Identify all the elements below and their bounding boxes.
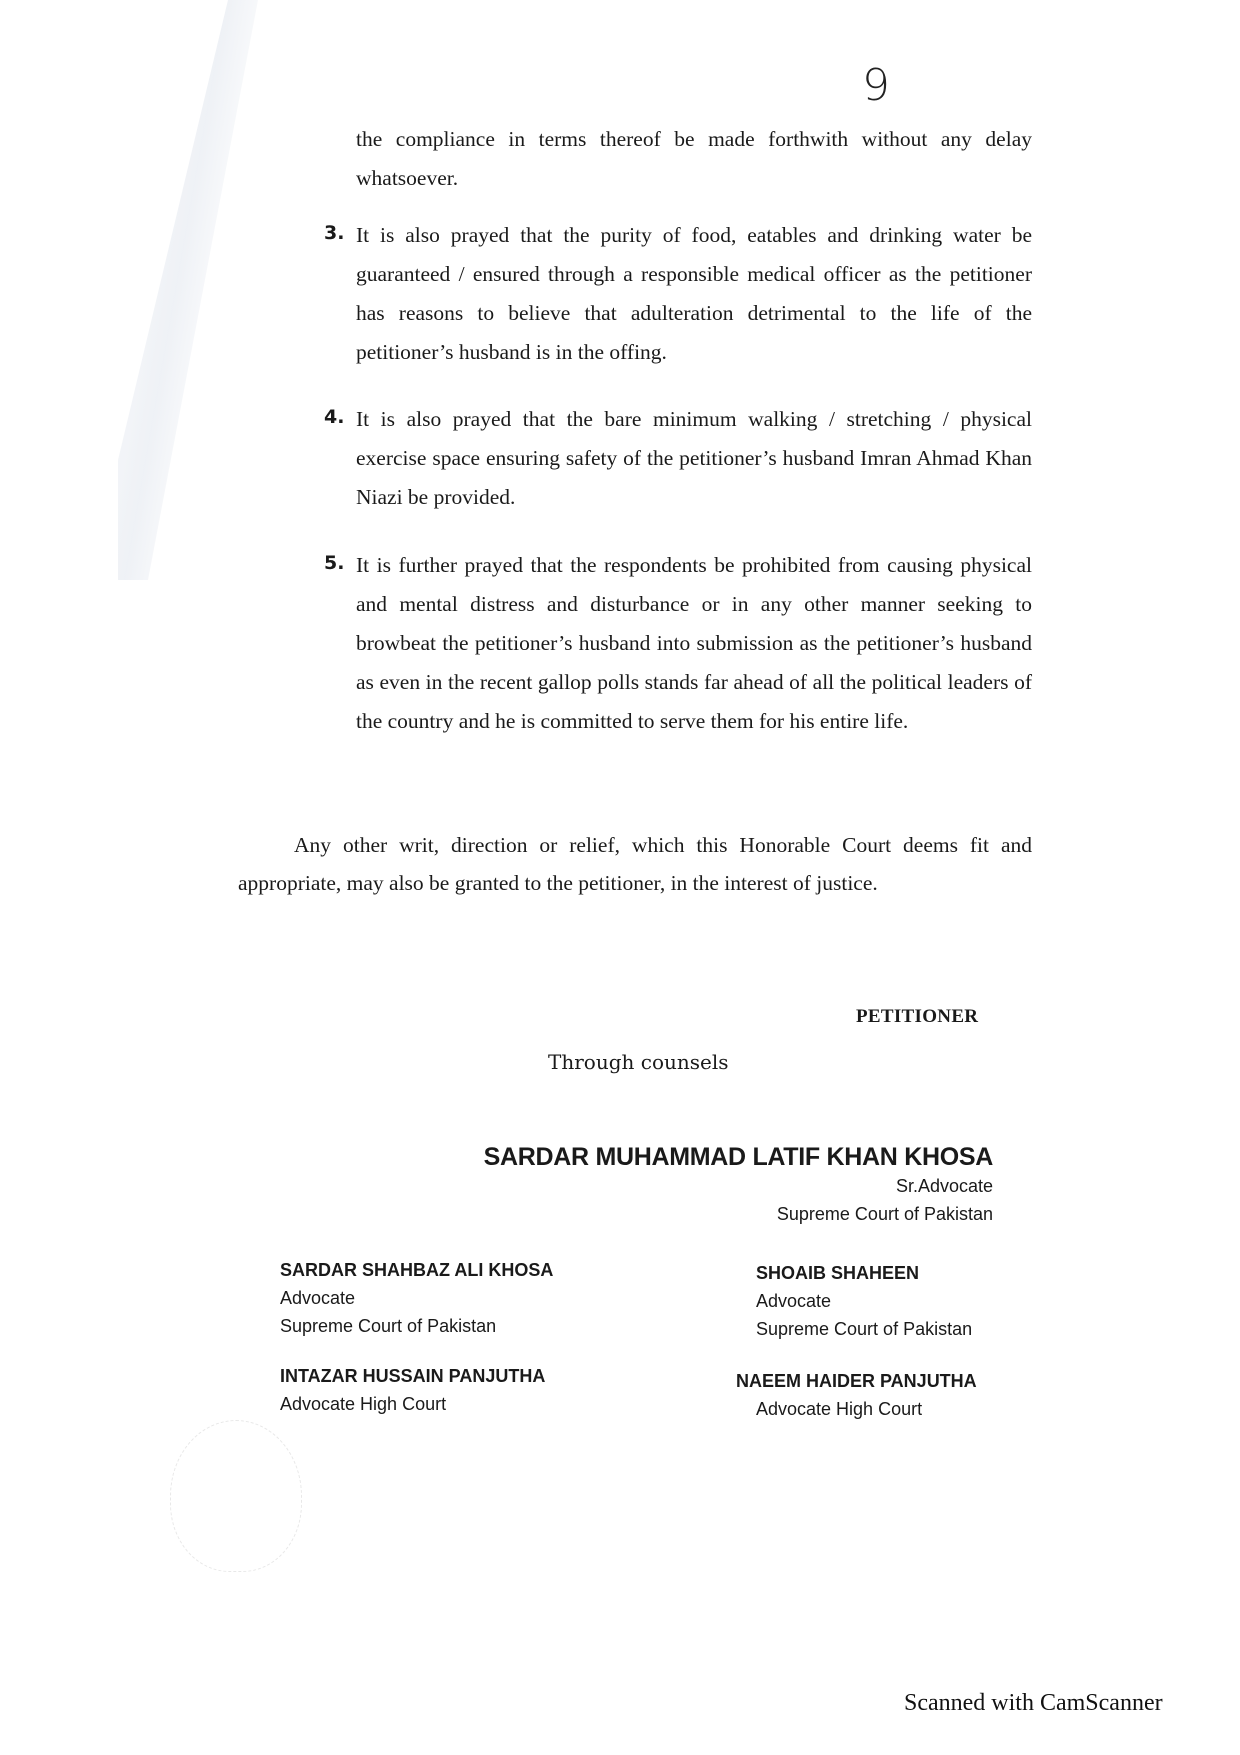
- closing-paragraph: Any other writ, direction or relief, whi…: [238, 826, 1032, 902]
- continuation-text: the compliance in terms thereof be made …: [356, 120, 1032, 198]
- paper-fold-shadow: [118, 0, 258, 580]
- counsel-court: Supreme Court of Pakistan: [280, 1312, 553, 1340]
- lead-counsel-title: Sr.Advocate: [896, 1176, 993, 1197]
- prayer-3-text: It is also prayed that the purity of foo…: [356, 216, 1032, 372]
- counsel-name: INTAZAR HUSSAIN PANJUTHA: [280, 1362, 545, 1390]
- counsel-court: Supreme Court of Pakistan: [756, 1315, 972, 1343]
- petitioner-label: PETITIONER: [856, 1006, 978, 1028]
- counsel-block: SARDAR SHAHBAZ ALI KHOSA Advocate Suprem…: [280, 1256, 553, 1340]
- counsel-block: INTAZAR HUSSAIN PANJUTHA Advocate High C…: [280, 1362, 545, 1418]
- page-number: 9: [862, 60, 890, 111]
- prayer-number: 4.: [324, 406, 344, 428]
- prayer-5-text: It is further prayed that the respondent…: [356, 546, 1032, 741]
- counsel-name: NAEEM HAIDER PANJUTHA: [736, 1367, 977, 1395]
- camscanner-watermark: Scanned with CamScanner: [904, 1690, 1163, 1717]
- lead-counsel-name: SARDAR MUHAMMAD LATIF KHAN KHOSA: [484, 1143, 993, 1172]
- counsel-title: Advocate: [756, 1287, 972, 1315]
- counsel-title: Advocate High Court: [736, 1395, 977, 1423]
- lead-counsel-court: Supreme Court of Pakistan: [777, 1204, 993, 1225]
- counsel-block: SHOAIB SHAHEEN Advocate Supreme Court of…: [756, 1259, 972, 1343]
- prayer-number: 3.: [324, 222, 344, 244]
- through-counsels: Through counsels: [548, 1050, 729, 1074]
- counsel-title: Advocate: [280, 1284, 553, 1312]
- counsel-title: Advocate High Court: [280, 1390, 545, 1418]
- counsel-name: SHOAIB SHAHEEN: [756, 1259, 972, 1287]
- counsel-block: NAEEM HAIDER PANJUTHA Advocate High Cour…: [736, 1367, 977, 1423]
- counsel-name: SARDAR SHAHBAZ ALI KHOSA: [280, 1256, 553, 1284]
- prayer-4-text: It is also prayed that the bare minimum …: [356, 400, 1032, 517]
- prayer-number: 5.: [324, 552, 344, 574]
- faded-stamp-icon: [170, 1420, 302, 1572]
